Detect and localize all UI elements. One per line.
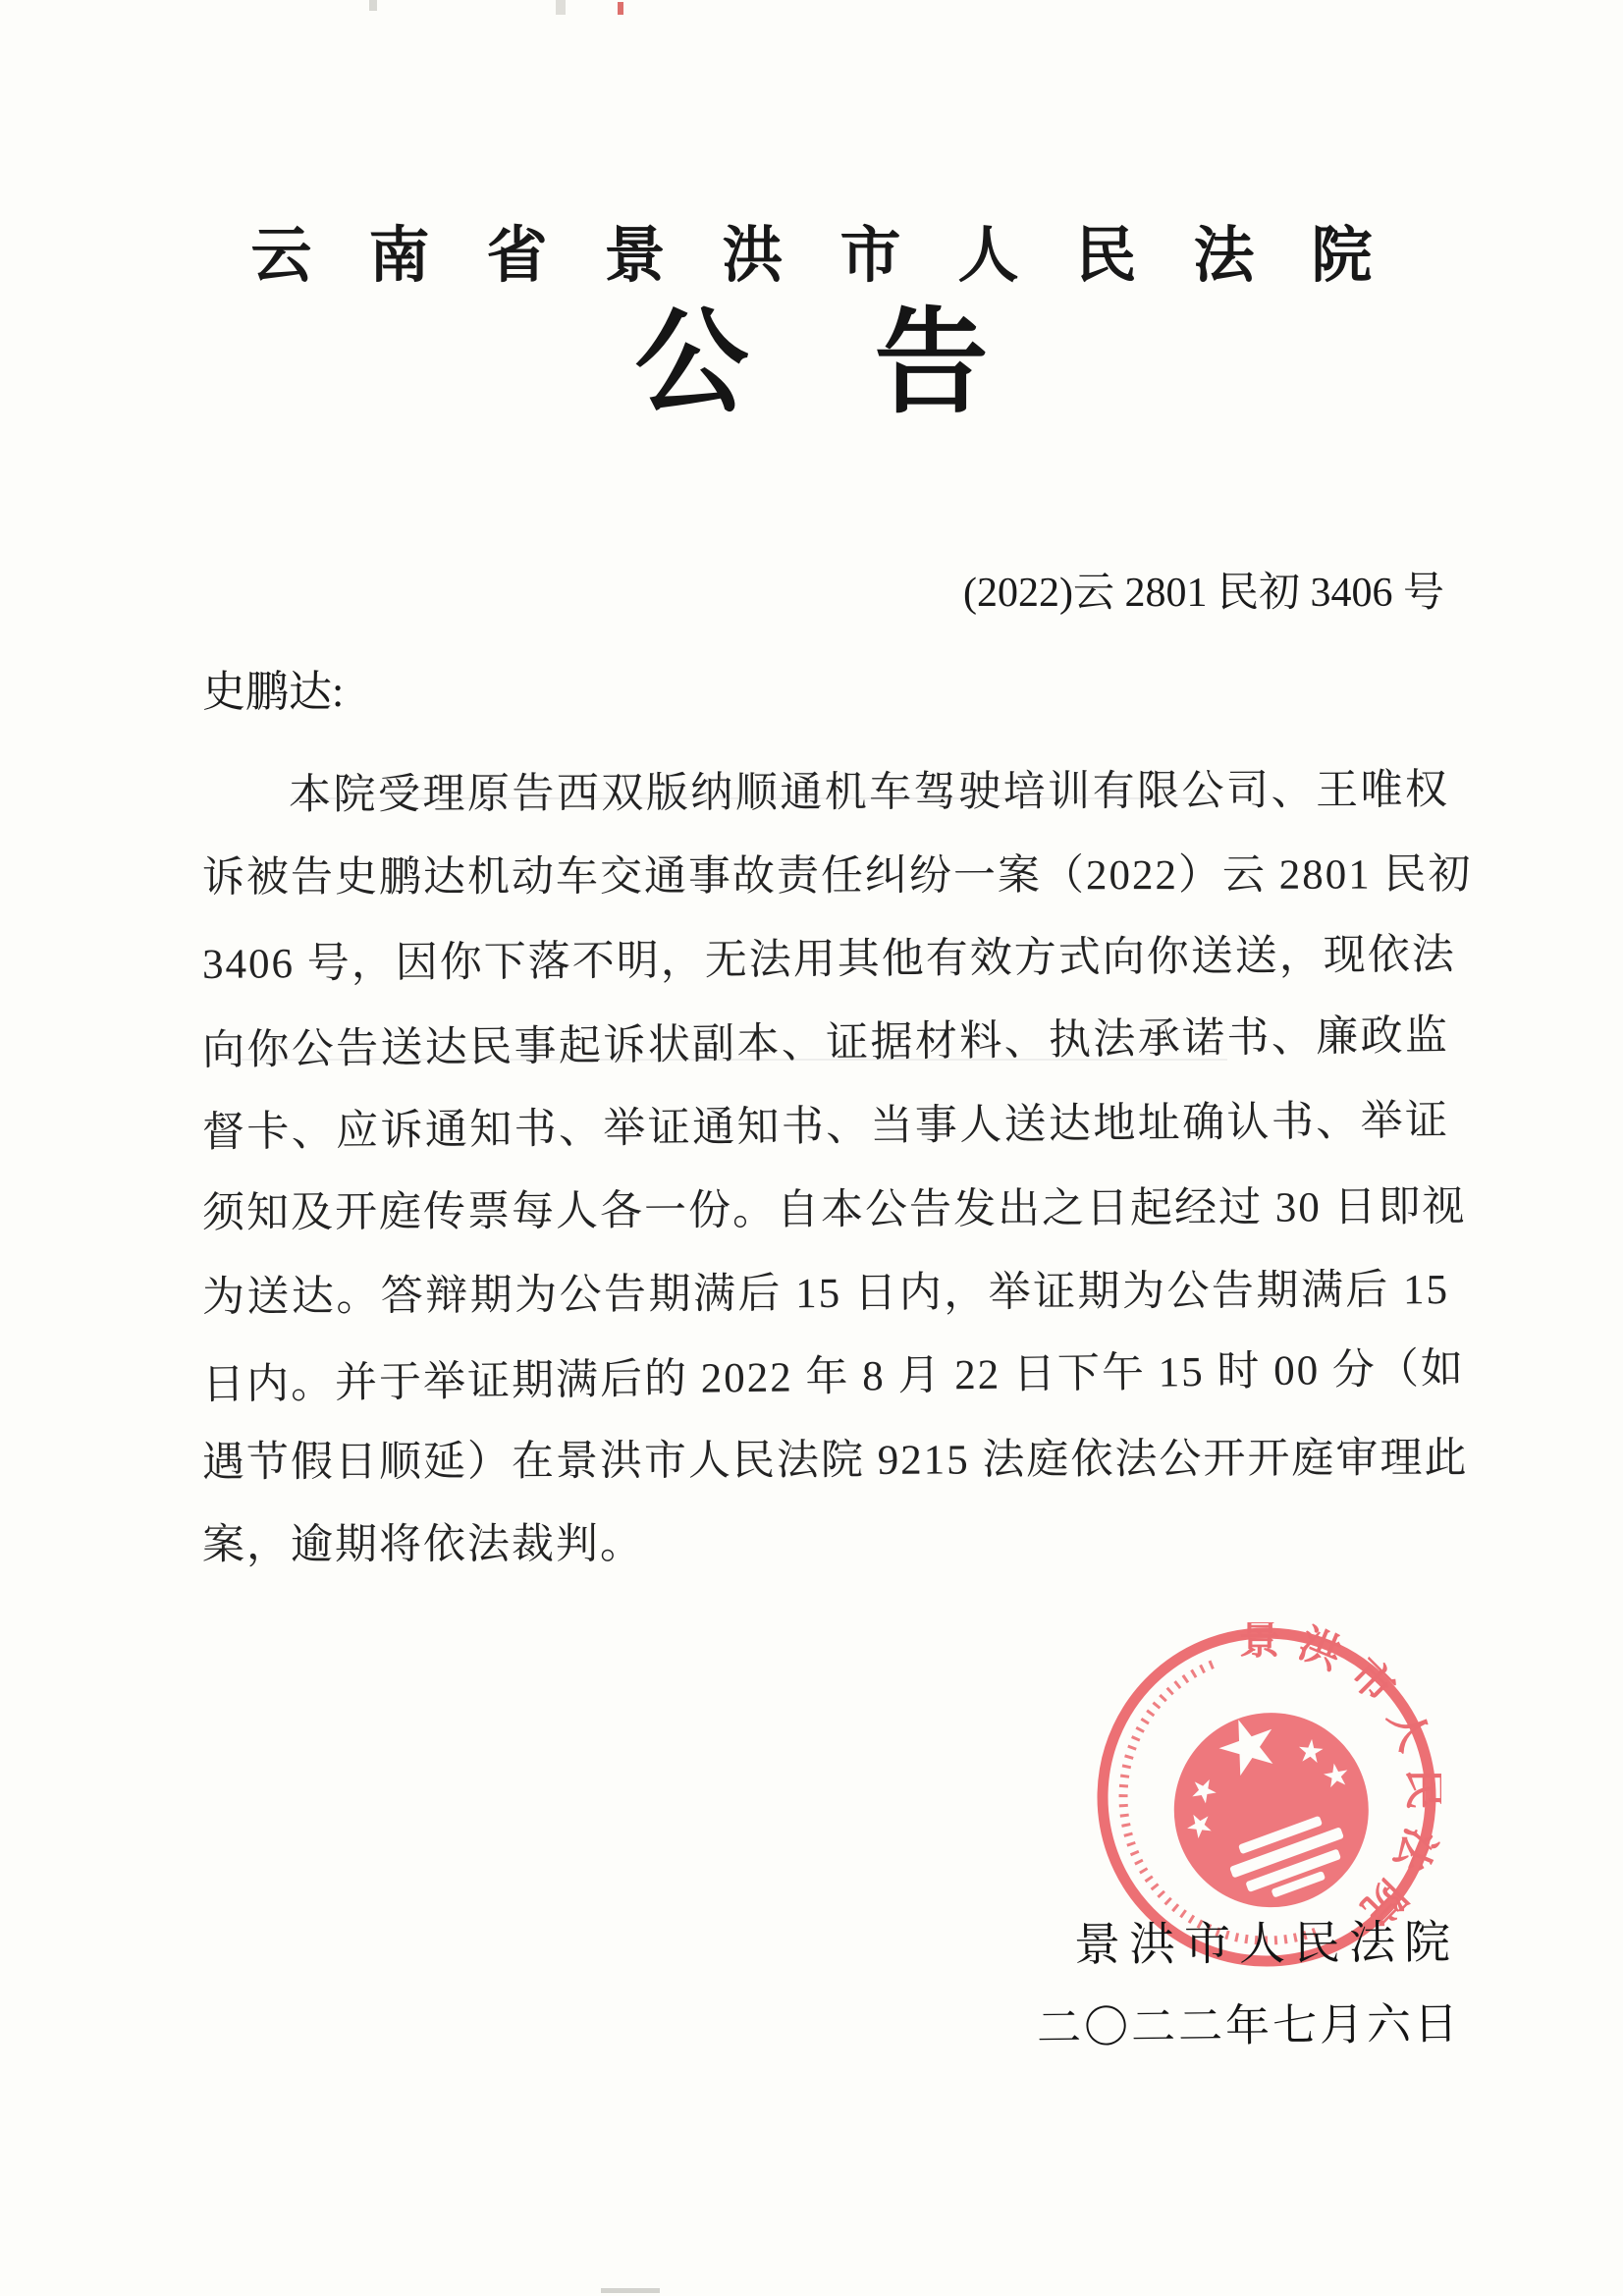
body-line: 遇节假日顺延）在景洪市人民法院 9215 法庭依法公开开庭审理此	[202, 1417, 1449, 1504]
body-line: 本院受理原告西双版纳顺通机车驾驶培训有限公司、王唯权	[202, 748, 1449, 838]
body-line: 案，逾期将依法裁判。	[202, 1502, 1449, 1587]
scan-streak	[236, 1059, 1227, 1061]
recipient-name: 史鹏达:	[202, 656, 344, 719]
signature-date: 二〇二二年七月六日	[1013, 1987, 1486, 2055]
notice-title-char-left: 公	[635, 291, 749, 438]
notice-title-char-right: 告	[875, 291, 989, 438]
scan-artifact	[369, 0, 377, 11]
announcement-body: 本院受理原告西双版纳顺通机车驾驶培训有限公司、王唯权 诉被告史鹏达机动车交通事故…	[202, 751, 1449, 1586]
case-number: (2022)云 2801 民初 3406 号	[963, 560, 1444, 619]
body-line: 督卡、应诉通知书、举证通知书、当事人送达地址确认书、举证	[202, 1079, 1450, 1175]
body-line: 日内。并于举证期满后的 2022 年 8 月 22 日下午 15 时 00 分（…	[201, 1328, 1449, 1428]
signature-court-name: 景洪市人民法院	[1031, 1905, 1502, 1974]
scan-artifact	[556, 0, 566, 15]
body-line: 为送达。答辩期为公告期满后 15 日内，举证期为公告期满后 15	[202, 1248, 1449, 1339]
scan-artifact	[601, 2288, 660, 2293]
scan-artifact	[618, 2, 623, 15]
body-line: 须知及开庭传票每人各一份。自本公告发出之日起经过 30 日即视	[202, 1166, 1449, 1256]
notice-title: 公 告	[0, 291, 1623, 438]
court-header: 云南省景洪市人民法院	[0, 206, 1623, 294]
scan-streak	[295, 797, 1208, 799]
court-announcement-page: 云南省景洪市人民法院 公 告 (2022)云 2801 民初 3406 号 史鹏…	[0, 0, 1623, 2296]
body-line: 3406 号，因你下落不明，无法用其他有效方式向你送送，现依法	[202, 913, 1450, 1007]
body-line: 向你公告送达民事起诉状副本、证据材料、执法承诺书、廉政监	[202, 994, 1450, 1093]
body-line: 诉被告史鹏达机动车交通事故责任纠纷一案（2022）云 2801 民初	[202, 833, 1449, 919]
